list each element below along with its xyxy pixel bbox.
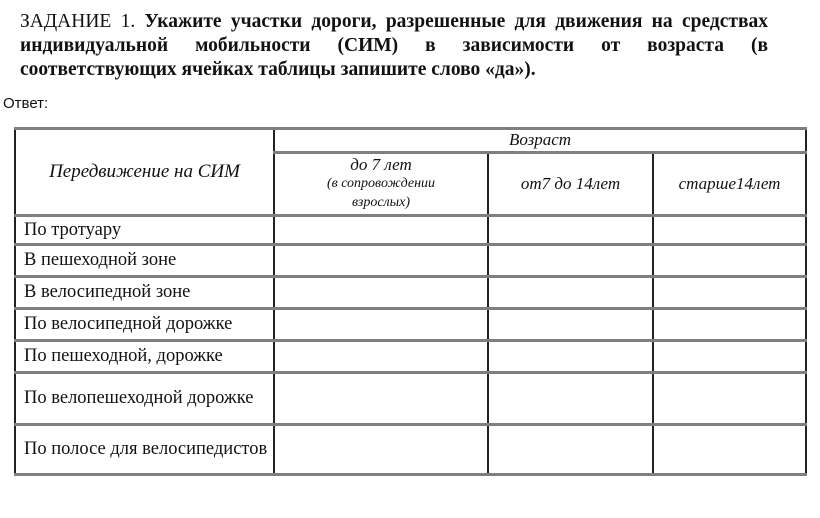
answer-cell[interactable]: [274, 277, 488, 309]
answer-cell[interactable]: [653, 341, 806, 373]
answer-label: Ответ:: [3, 95, 48, 112]
row-label: По полосе для велосипедистов: [15, 425, 274, 475]
answer-cell[interactable]: [274, 309, 488, 341]
table-row: По велосипедной дорожке: [15, 309, 806, 341]
answer-cell[interactable]: [653, 373, 806, 425]
task-statement: ЗАДАНИЕ 1. Укажите участки дороги, разре…: [20, 10, 768, 82]
answer-cell[interactable]: [488, 277, 653, 309]
answer-cell[interactable]: [274, 373, 488, 425]
answer-cell[interactable]: [653, 425, 806, 475]
answer-cell[interactable]: [488, 425, 653, 475]
row-label: В велосипедной зоне: [15, 277, 274, 309]
row-label: По тротуару: [15, 216, 274, 245]
answer-table: Передвижение на СИМ Возраст до 7 лет (в …: [14, 127, 807, 476]
answer-cell[interactable]: [653, 216, 806, 245]
task-number: ЗАДАНИЕ 1.: [20, 11, 145, 32]
col-title: до 7 лет: [350, 155, 412, 174]
table-row: По пешеходной, дорожке: [15, 341, 806, 373]
answer-cell[interactable]: [488, 341, 653, 373]
answer-cell[interactable]: [274, 216, 488, 245]
answer-cell[interactable]: [653, 277, 806, 309]
answer-cell[interactable]: [274, 341, 488, 373]
col-header-under-7: до 7 лет (в сопровождении взрослых): [274, 152, 488, 215]
answer-cell[interactable]: [653, 245, 806, 277]
col-note: (в сопровождении взрослых): [275, 174, 487, 212]
col-header-7-14: от7 до 14лет: [488, 152, 653, 215]
answer-cell[interactable]: [488, 245, 653, 277]
row-label: В пешеходной зоне: [15, 245, 274, 277]
table-row: В пешеходной зоне: [15, 245, 806, 277]
row-label: По пешеходной, дорожке: [15, 341, 274, 373]
row-label: По велопешеходной дорожке: [15, 373, 274, 425]
row-header: Передвижение на СИМ: [15, 129, 274, 216]
row-label: По велосипедной дорожке: [15, 309, 274, 341]
answer-cell[interactable]: [488, 309, 653, 341]
age-group-header: Возраст: [274, 129, 806, 153]
table-row: По тротуару: [15, 216, 806, 245]
answer-cell[interactable]: [488, 373, 653, 425]
table-row: По велопешеходной дорожке: [15, 373, 806, 425]
answer-cell[interactable]: [653, 309, 806, 341]
col-header-over-14: старше14лет: [653, 152, 806, 215]
table-row: По полосе для велосипедистов: [15, 425, 806, 475]
answer-cell[interactable]: [488, 216, 653, 245]
table-row: В велосипедной зоне: [15, 277, 806, 309]
answer-cell[interactable]: [274, 245, 488, 277]
answer-cell[interactable]: [274, 425, 488, 475]
